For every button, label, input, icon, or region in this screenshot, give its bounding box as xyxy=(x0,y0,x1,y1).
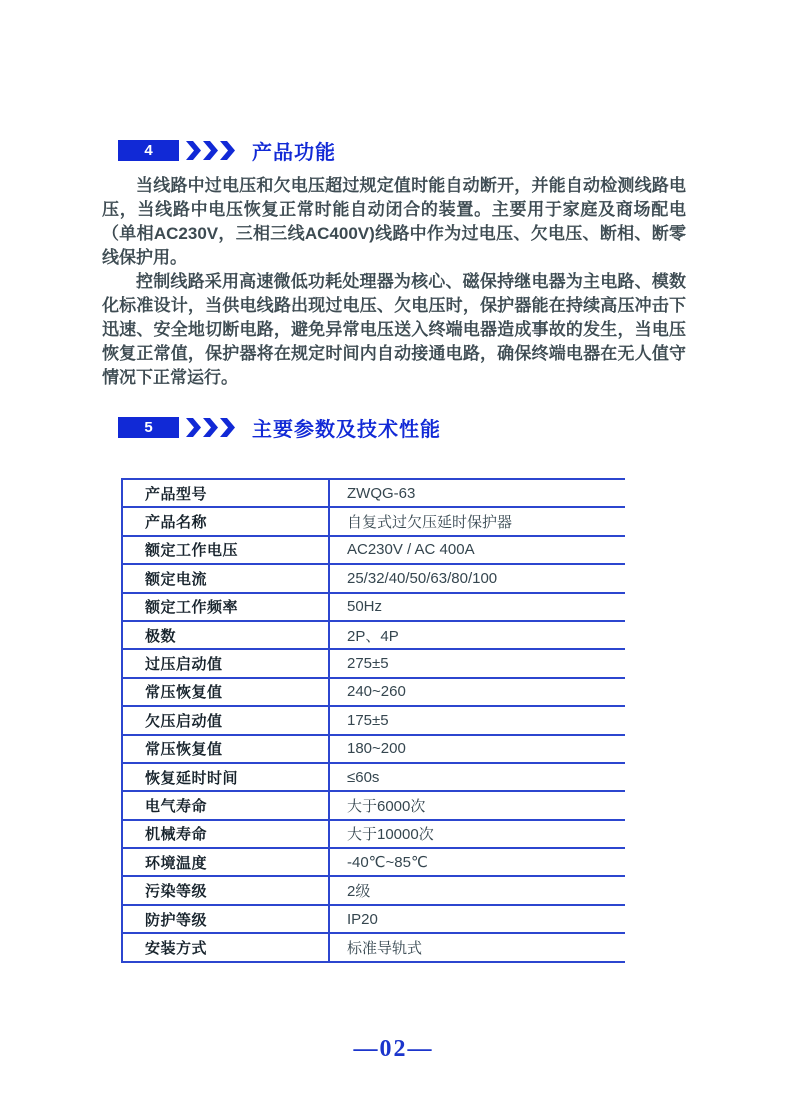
section4-header: 4 产品功能 xyxy=(118,136,336,165)
param-value-cell: IP20 xyxy=(330,906,625,932)
param-label-cell: 额定电流 xyxy=(123,565,330,591)
table-row: 常压恢复值 240~260 xyxy=(123,677,625,705)
param-value-cell: 2级 xyxy=(330,877,625,903)
table-row: 污染等级 2级 xyxy=(123,875,625,903)
section5-title: 主要参数及技术性能 xyxy=(252,413,441,442)
param-value-cell: 180~200 xyxy=(330,736,625,762)
table-row: 机械寿命 大于10000次 xyxy=(123,819,625,847)
table-row: 恢复延时时间 ≤60s xyxy=(123,762,625,790)
param-value-cell: ≤60s xyxy=(330,764,625,790)
page-number: —02— xyxy=(0,1036,787,1063)
table-row: 安装方式 标准导轨式 xyxy=(123,932,625,960)
table-row: 产品名称 自复式过欠压延时保护器 xyxy=(123,506,625,534)
section4-body: 当线路中过电压和欠电压超过规定值时能自动断开，并能自动检测线路电压，当线路中电压… xyxy=(102,174,686,390)
param-label-cell: 欠压启动值 xyxy=(123,707,330,733)
table-row: 额定工作电压 AC230V / AC 400A xyxy=(123,535,625,563)
param-label-cell: 机械寿命 xyxy=(123,821,330,847)
param-value-cell: 240~260 xyxy=(330,679,625,705)
param-value-cell: 175±5 xyxy=(330,707,625,733)
table-row: 电气寿命 大于6000次 xyxy=(123,790,625,818)
table-row: 防护等级 IP20 xyxy=(123,904,625,932)
table-row: 环境温度 -40℃~85℃ xyxy=(123,847,625,875)
table-row: 额定工作频率 50Hz xyxy=(123,592,625,620)
table-row: 常压恢复值 180~200 xyxy=(123,734,625,762)
paragraph: 控制线路采用高速微低功耗处理器为核心、磁保持继电器为主电路、模数化标准设计，当供… xyxy=(102,270,686,390)
param-label-cell: 电气寿命 xyxy=(123,792,330,818)
param-label-cell: 额定工作频率 xyxy=(123,594,330,620)
param-value-cell: 大于6000次 xyxy=(330,792,625,818)
chevrons-icon xyxy=(186,141,238,161)
param-value-cell: 2P、4P xyxy=(330,622,625,648)
param-value-cell: -40℃~85℃ xyxy=(330,849,625,875)
table-row: 额定电流 25/32/40/50/63/80/100 xyxy=(123,563,625,591)
section5-header: 5 主要参数及技术性能 xyxy=(118,413,441,442)
param-label-cell: 额定工作电压 xyxy=(123,537,330,563)
chevrons-icon xyxy=(186,418,238,438)
param-label-cell: 常压恢复值 xyxy=(123,679,330,705)
param-value-cell: ZWQG-63 xyxy=(330,480,625,506)
section4-number-badge: 4 xyxy=(118,140,179,161)
section5-number-badge: 5 xyxy=(118,417,179,438)
param-label-cell: 防护等级 xyxy=(123,906,330,932)
param-value-cell: AC230V / AC 400A xyxy=(330,537,625,563)
param-value-cell: 标准导轨式 xyxy=(330,934,625,960)
param-label-cell: 安装方式 xyxy=(123,934,330,960)
table-row: 极数 2P、4P xyxy=(123,620,625,648)
paragraph: 当线路中过电压和欠电压超过规定值时能自动断开，并能自动检测线路电压，当线路中电压… xyxy=(102,174,686,270)
table-row: 过压启动值 275±5 xyxy=(123,648,625,676)
param-value-cell: 自复式过欠压延时保护器 xyxy=(330,508,625,534)
chevron-right-icon xyxy=(186,418,238,438)
param-label-cell: 环境温度 xyxy=(123,849,330,875)
param-value-cell: 25/32/40/50/63/80/100 xyxy=(330,565,625,591)
param-label-cell: 产品名称 xyxy=(123,508,330,534)
chevron-right-icon xyxy=(186,141,238,161)
param-label-cell: 过压启动值 xyxy=(123,650,330,676)
parameters-table: 产品型号 ZWQG-63 产品名称 自复式过欠压延时保护器 额定工作电压 AC2… xyxy=(121,478,625,963)
table-row: 欠压启动值 175±5 xyxy=(123,705,625,733)
param-label-cell: 污染等级 xyxy=(123,877,330,903)
param-label-cell: 常压恢复值 xyxy=(123,736,330,762)
param-label-cell: 恢复延时时间 xyxy=(123,764,330,790)
document-page: 4 产品功能 当线路中过电压和欠电压超过规定值时能自动断开，并能自动检测线路电压… xyxy=(0,0,787,1114)
table-row: 产品型号 ZWQG-63 xyxy=(123,478,625,506)
section4-title: 产品功能 xyxy=(252,136,336,165)
param-label-cell: 极数 xyxy=(123,622,330,648)
param-value-cell: 275±5 xyxy=(330,650,625,676)
param-label-cell: 产品型号 xyxy=(123,480,330,506)
param-value-cell: 大于10000次 xyxy=(330,821,625,847)
param-value-cell: 50Hz xyxy=(330,594,625,620)
